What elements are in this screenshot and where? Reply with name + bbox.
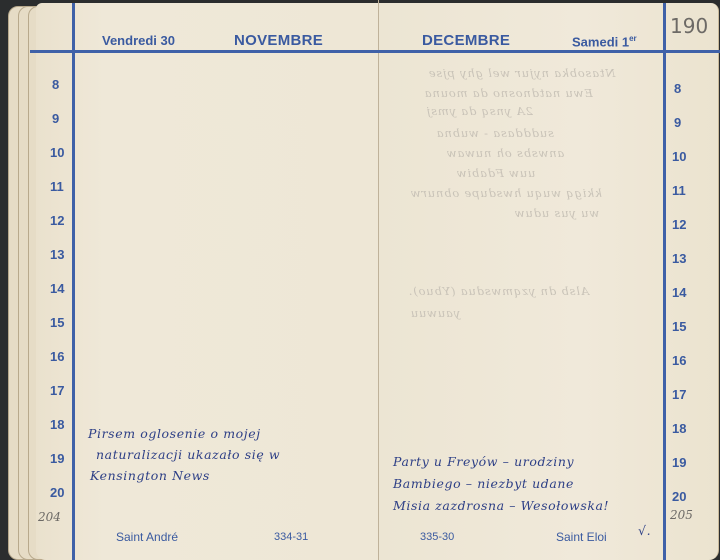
note-line: Bambiego – niezbyt udane xyxy=(393,474,574,494)
hour-label: 14 xyxy=(672,285,686,300)
right-saint-name: Saint Eloi xyxy=(556,530,607,544)
hour-label: 15 xyxy=(50,315,64,330)
header-rule xyxy=(30,50,720,53)
hour-label: 18 xyxy=(50,417,64,432)
hour-label: 13 xyxy=(672,251,686,266)
right-day-of-year: 335-30 xyxy=(420,531,454,543)
hour-label: 20 xyxy=(672,489,686,504)
note-line: Kensington News xyxy=(90,466,210,486)
hour-label: 14 xyxy=(50,281,64,296)
hour-label: 17 xyxy=(50,383,64,398)
note-line: Misia zazdrosna – Wesołowska! xyxy=(393,496,609,516)
right-day-label: Samedi 1er xyxy=(572,34,637,49)
right-day-text: Samedi 1 xyxy=(572,34,629,49)
hour-label: 11 xyxy=(50,179,64,194)
right-month-label: DECEMBRE xyxy=(422,32,510,49)
check-mark: √. xyxy=(638,521,651,541)
book-spine xyxy=(378,0,379,560)
hour-label: 10 xyxy=(50,145,64,160)
left-month-label: NOVEMBRE xyxy=(234,32,323,49)
left-day-label: Vendredi 30 xyxy=(102,33,175,48)
right-page-number-pencil: 205 xyxy=(670,508,693,522)
hour-label: 9 xyxy=(52,111,59,126)
left-day-of-year: 334-31 xyxy=(274,531,308,543)
hour-label: 16 xyxy=(672,353,686,368)
note-line: naturalizacji ukazało się w xyxy=(96,445,280,465)
hour-label: 13 xyxy=(50,247,64,262)
hour-label: 11 xyxy=(672,183,686,198)
hour-label: 10 xyxy=(672,149,686,164)
open-diary: Vendredi 30 NOVEMBRE DECEMBRE Samedi 1er… xyxy=(8,0,720,560)
hour-label: 18 xyxy=(672,421,686,436)
folio-number-pencil: 190 xyxy=(670,14,708,38)
left-hour-column-rule xyxy=(72,3,75,560)
hour-label: 16 xyxy=(50,349,64,364)
hour-label: 8 xyxy=(52,77,59,92)
note-line: Party u Freyów – urodziny xyxy=(393,452,574,472)
hour-label: 19 xyxy=(50,451,64,466)
hour-label: 17 xyxy=(672,387,686,402)
ordinal-suffix: er xyxy=(629,34,637,43)
left-saint-name: Saint André xyxy=(116,530,178,544)
hour-label: 20 xyxy=(50,485,64,500)
hour-label: 12 xyxy=(672,217,686,232)
hour-label: 15 xyxy=(672,319,686,334)
note-line: Pirsem oglosenie o mojej xyxy=(88,424,261,444)
hour-label: 19 xyxy=(672,455,686,470)
right-hour-column-rule xyxy=(663,3,666,560)
hour-label: 12 xyxy=(50,213,64,228)
hour-label: 8 xyxy=(674,81,681,96)
left-page-number-pencil: 204 xyxy=(38,510,61,524)
hour-label: 9 xyxy=(674,115,681,130)
